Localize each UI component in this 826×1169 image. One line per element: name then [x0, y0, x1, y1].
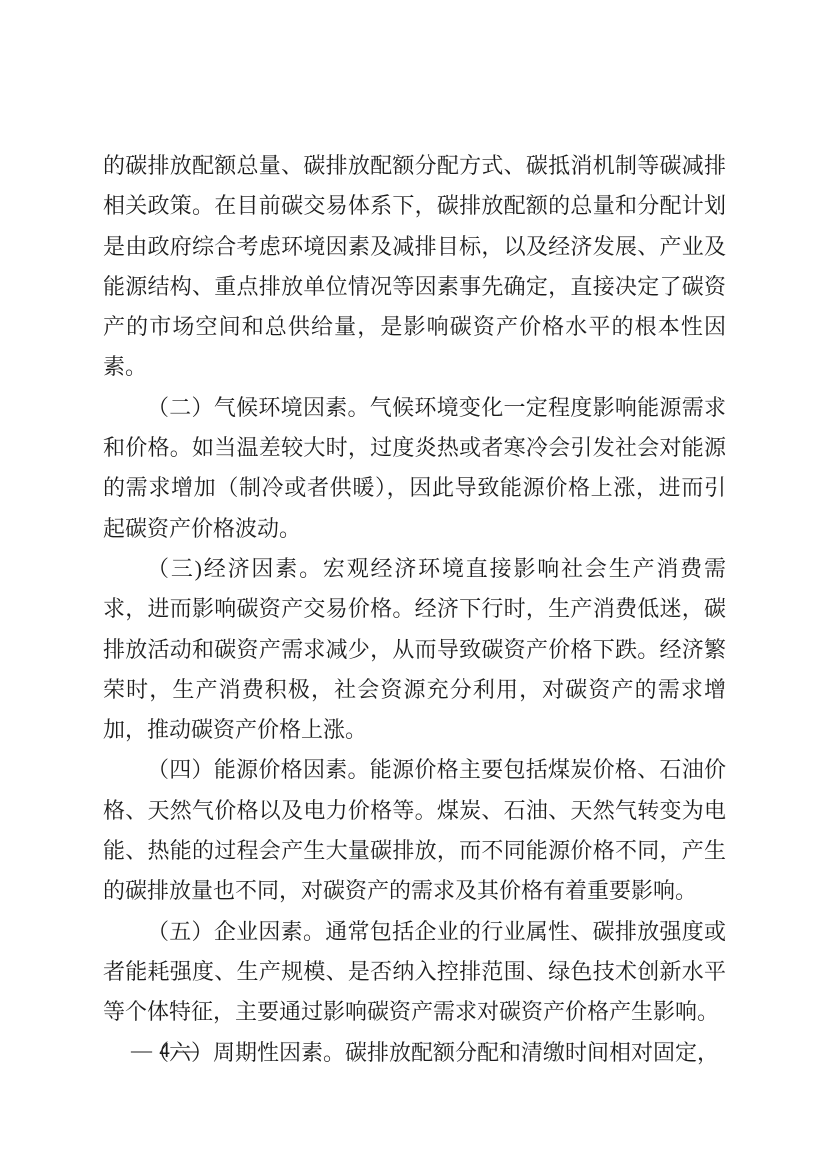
document-body: 的碳排放配额总量、碳排放配额分配方式、碳抵消机制等碳减排相关政策。在目前碳交易体… — [103, 146, 726, 1073]
paragraph: 的碳排放配额总量、碳排放配额分配方式、碳抵消机制等碳减排相关政策。在目前碳交易体… — [103, 146, 726, 388]
paragraph: （五）企业因素。通常包括企业的行业属性、碳排放强度或者能耗强度、生产规模、是否纳… — [103, 912, 726, 1033]
paragraph: （三)经济因素。宏观经济环境直接影响社会生产消费需求，进而影响碳资产交易价格。经… — [103, 549, 726, 750]
paragraph: （四）能源价格因素。能源价格主要包括煤炭价格、石油价格、天然气价格以及电力价格等… — [103, 750, 726, 911]
document-page: 的碳排放配额总量、碳排放配额分配方式、碳抵消机制等碳减排相关政策。在目前碳交易体… — [0, 0, 826, 1169]
paragraph: （二）气候环境因素。气候环境变化一定程度影响能源需求和价格。如当温差较大时，过度… — [103, 388, 726, 549]
page-number: — 4 — — [131, 1036, 199, 1064]
